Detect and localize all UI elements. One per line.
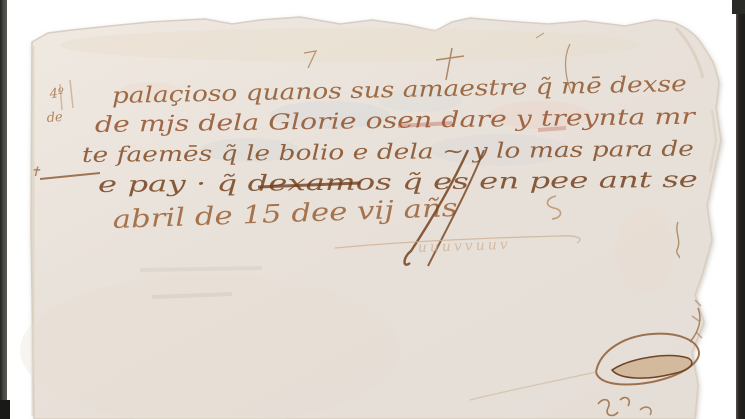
margin-mark-3: ✝: [30, 165, 41, 180]
scan-border-left-corner: [0, 400, 10, 419]
scan-border-right-top: [732, 0, 745, 14]
manuscript-scan: palaçioso quanos sus amaestre q̃ mē dexs…: [0, 0, 745, 419]
handwriting-line-4: e pay · q̃ dexamos q̃ es en pee ant se: [98, 168, 698, 198]
margin-mark-1: 4º: [48, 86, 65, 102]
manuscript-photo: palaçioso quanos sus amaestre q̃ mē dexs…: [0, 0, 745, 419]
margin-mark-2: de: [46, 110, 63, 126]
scan-border-left: [0, 0, 7, 419]
red-ink-patch-2: [538, 128, 566, 130]
scan-border-right: [736, 0, 745, 419]
faded-rubric-text: uuuvvuuv: [418, 237, 511, 256]
